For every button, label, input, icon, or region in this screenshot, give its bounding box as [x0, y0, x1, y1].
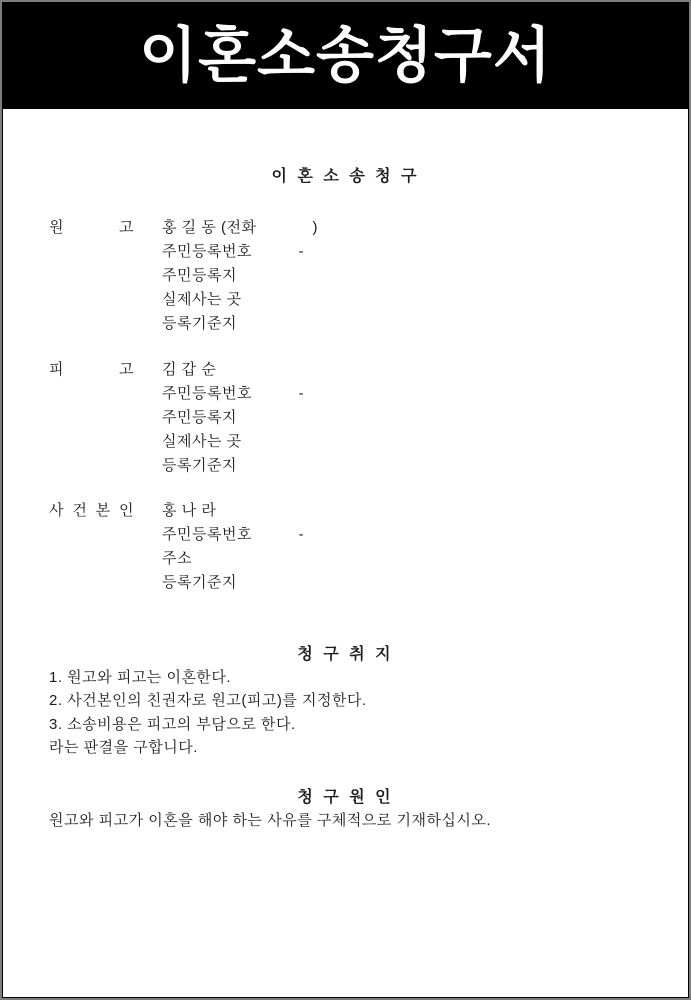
party-section-defendant: 피 고 김 갑 순 주민등록번호 - 주민등록지 실제사는 곳 등록기준지 — [49, 358, 304, 478]
scanned-page: 이혼소송청구서 이 혼 소 송 청 구 원 고 홍 길 동 (전화 ) 주민등록… — [0, 0, 691, 1000]
party-line-resident-number: 주민등록번호 - — [162, 240, 318, 264]
party-role-label-defendant: 피 고 — [49, 358, 134, 382]
party-details-child: 홍 나 라 주민등록번호 - 주소 등록기준지 — [162, 499, 304, 595]
claim-line-1: 1. 원고와 피고는 이혼한다. — [49, 666, 659, 689]
party-line-name: 홍 길 동 (전화 ) — [162, 216, 318, 240]
claim-cause-block: 원고와 피고가 이혼을 해야 하는 사유를 구체적으로 기재하십시오. — [49, 809, 659, 832]
party-line-resident-number: 주민등록번호 - — [162, 523, 304, 547]
party-line-actual-residence: 실제사는 곳 — [162, 288, 318, 312]
party-line-registration-base: 등록기준지 — [162, 312, 318, 336]
party-line-registration-base: 등록기준지 — [162, 571, 304, 595]
claim-purport-block: 1. 원고와 피고는 이혼한다. 2. 사건본인의 친권자로 원고(피고)를 지… — [49, 666, 659, 760]
claim-closing-line: 라는 판결을 구합니다. — [49, 736, 659, 759]
party-line-registered-address: 주민등록지 — [162, 264, 318, 288]
party-details-defendant: 김 갑 순 주민등록번호 - 주민등록지 실제사는 곳 등록기준지 — [162, 358, 304, 478]
form-subtitle: 이 혼 소 송 청 구 — [2, 163, 689, 186]
party-line-resident-number: 주민등록번호 - — [162, 382, 304, 406]
claim-line-3: 3. 소송비용은 피고의 부담으로 한다. — [49, 713, 659, 736]
claim-purport-heading: 청 구 취 지 — [2, 641, 689, 664]
party-line-registration-base: 등록기준지 — [162, 454, 304, 478]
party-line-registered-address: 주민등록지 — [162, 406, 304, 430]
document-body: 이 혼 소 송 청 구 원 고 홍 길 동 (전화 ) 주민등록번호 - 주민등… — [2, 109, 689, 998]
party-line-name: 홍 나 라 — [162, 499, 304, 523]
party-details-plaintiff: 홍 길 동 (전화 ) 주민등록번호 - 주민등록지 실제사는 곳 등록기준지 — [162, 216, 318, 336]
claim-cause-heading: 청 구 원 인 — [2, 784, 689, 807]
party-line-address: 주소 — [162, 547, 304, 571]
party-section-plaintiff: 원 고 홍 길 동 (전화 ) 주민등록번호 - 주민등록지 실제사는 곳 등록… — [49, 216, 318, 336]
document-title: 이혼소송청구서 — [139, 26, 552, 86]
cause-instruction-line: 원고와 피고가 이혼을 해야 하는 사유를 구체적으로 기재하십시오. — [49, 809, 659, 832]
party-line-name: 김 갑 순 — [162, 358, 304, 382]
party-role-label-child: 사 건 본 인 — [49, 499, 134, 523]
claim-line-2: 2. 사건본인의 친권자로 원고(피고)를 지정한다. — [49, 689, 659, 712]
party-line-actual-residence: 실제사는 곳 — [162, 430, 304, 454]
party-section-child: 사 건 본 인 홍 나 라 주민등록번호 - 주소 등록기준지 — [49, 499, 304, 595]
party-role-label-plaintiff: 원 고 — [49, 216, 134, 240]
title-banner: 이혼소송청구서 — [2, 2, 689, 109]
